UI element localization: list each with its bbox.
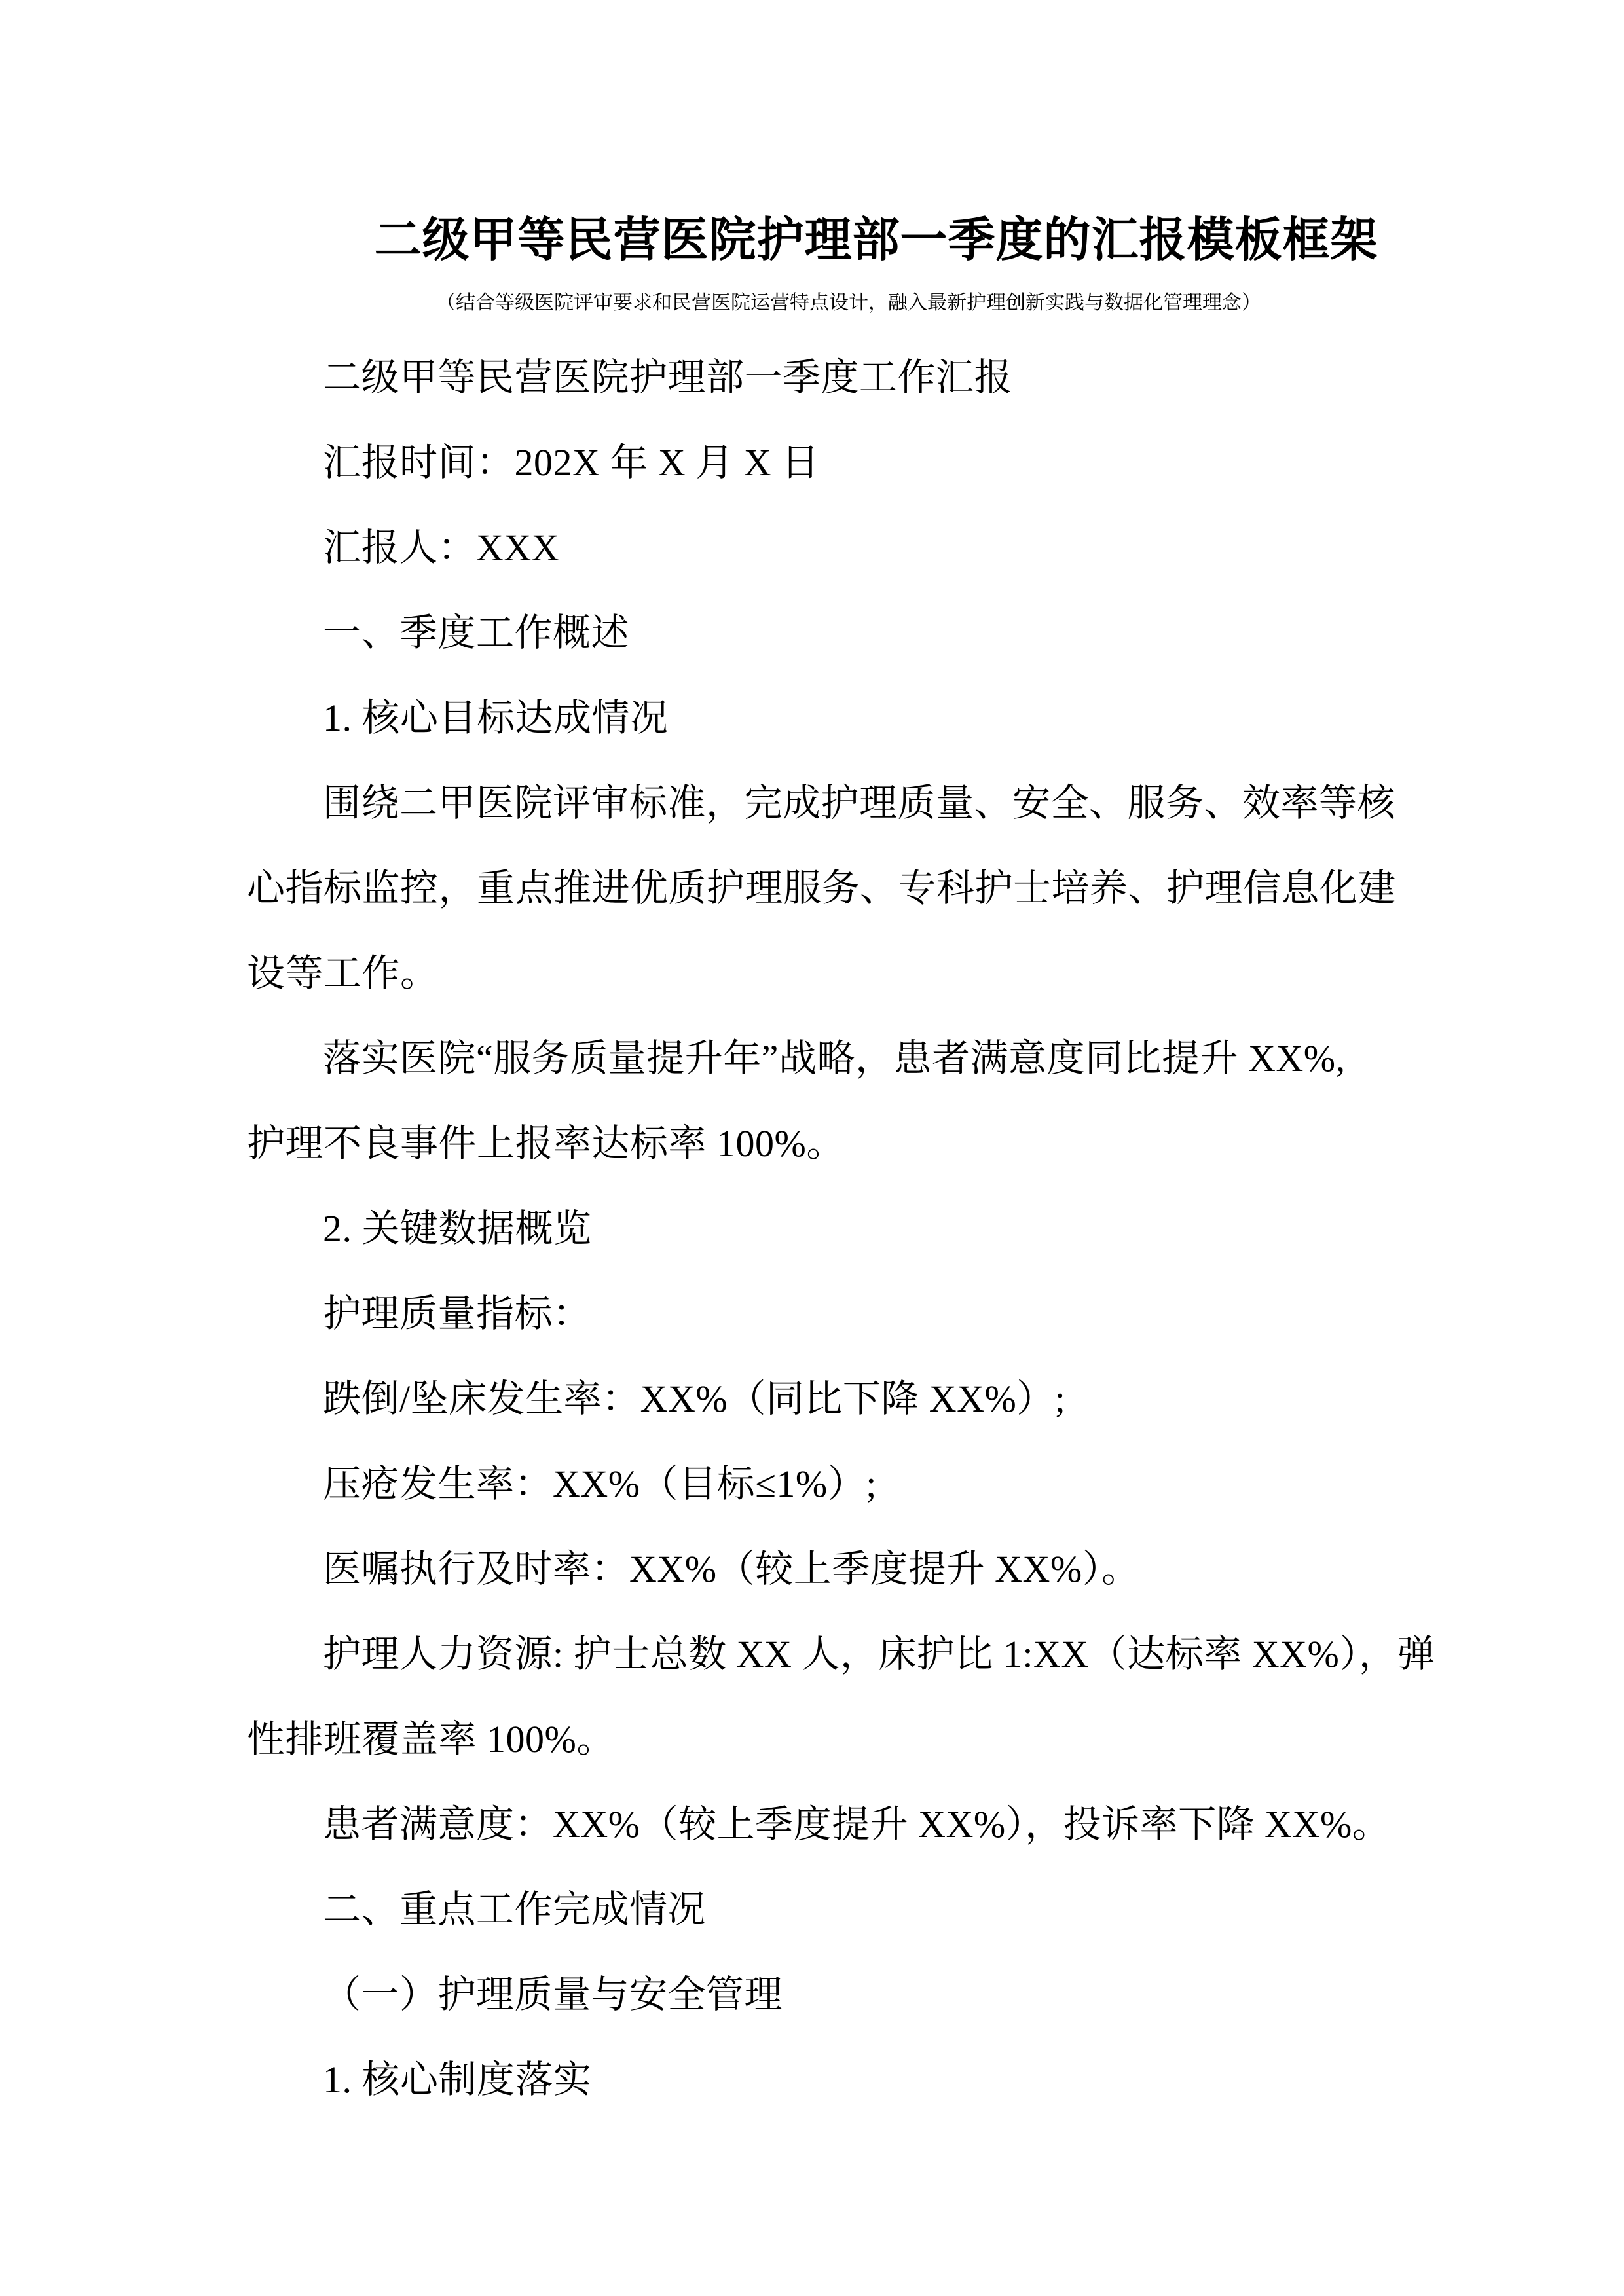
- body-line-11: 2. 关键数据概览: [247, 1186, 1386, 1271]
- body-line-10: 护理不良事件上报率达标率 100%。: [247, 1101, 1386, 1186]
- body-line-20: （一）护理质量与安全管理: [247, 1952, 1386, 2037]
- body-line-19: 二、重点工作完成情况: [247, 1867, 1386, 1952]
- body-line-14: 压疮发生率：XX%（目标≤1%）;: [247, 1442, 1386, 1527]
- body-line-3: 汇报人：XXX: [247, 505, 1386, 591]
- body-line-2: 汇报时间：202X 年 X 月 X 日: [247, 420, 1386, 505]
- body-line-18: 患者满意度：XX%（较上季度提升 XX%），投诉率下降 XX%。: [247, 1782, 1386, 1867]
- document-body: 二级甲等民营医院护理部一季度工作汇报 汇报时间：202X 年 X 月 X 日 汇…: [247, 335, 1386, 2123]
- body-line-15: 医嘱执行及时率：XX%（较上季度提升 XX%）。: [247, 1527, 1386, 1612]
- body-line-13: 跌倒/坠床发生率：XX%（同比下降 XX%）;: [247, 1357, 1386, 1442]
- body-line-8: 设等工作。: [247, 931, 1386, 1016]
- body-line-7: 心指标监控，重点推进优质护理服务、专科护士培养、护理信息化建: [247, 846, 1386, 931]
- body-line-9: 落实医院“服务质量提升年”战略，患者满意度同比提升 XX%,: [247, 1016, 1386, 1101]
- body-line-1: 二级甲等民营医院护理部一季度工作汇报: [247, 335, 1386, 420]
- body-line-6: 围绕二甲医院评审标准，完成护理质量、安全、服务、效率等核: [247, 761, 1386, 846]
- body-line-17: 性排班覆盖率 100%。: [247, 1697, 1386, 1782]
- document-page: 二级甲等民营医院护理部一季度的汇报模板框架 （结合等级医院评审要求和民营医院运营…: [0, 0, 1624, 2296]
- document-subtitle: （结合等级医院评审要求和民营医院运营特点设计，融入最新护理创新实践与数据化管理理…: [0, 270, 1624, 336]
- body-line-21: 1. 核心制度落实: [247, 2037, 1386, 2123]
- body-line-12: 护理质量指标：: [247, 1271, 1386, 1357]
- body-line-5: 1. 核心目标达成情况: [247, 676, 1386, 761]
- body-line-4: 一、季度工作概述: [247, 591, 1386, 676]
- body-line-16: 护理人力资源: 护士总数 XX 人，床护比 1:XX（达标率 XX%），弹: [247, 1612, 1386, 1697]
